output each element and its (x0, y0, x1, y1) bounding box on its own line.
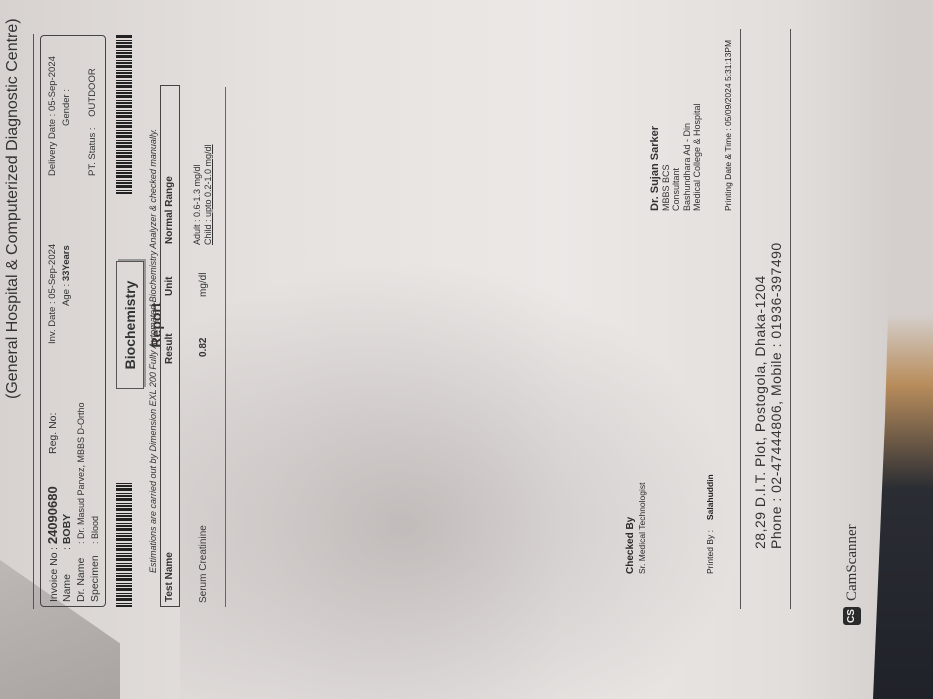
specimen: Blood (90, 516, 100, 539)
divider (740, 29, 741, 609)
table-row: Serum Creatinine 0.82 mg/dl Adult : 0.6-… (190, 87, 222, 607)
barcode-left (116, 482, 132, 607)
age: 33Years (61, 245, 72, 281)
delivery-row: Delivery Date : 05-Sep-2024 (47, 56, 58, 176)
col-normal-range: Normal Range (164, 176, 175, 244)
divider (33, 34, 34, 609)
barcode-right (116, 34, 132, 194)
col-unit: Unit (164, 277, 175, 296)
divider (225, 87, 226, 607)
estimation-note: Estimations are carried out by Dimension… (148, 129, 158, 573)
hospital-subtitle: (General Hospital & Computerized Diagnos… (4, 18, 22, 399)
background-edge (873, 0, 933, 699)
col-result: Result (164, 333, 175, 364)
doctor-name: Dr. Masud Parvez, MBBS D-Ortho (76, 402, 86, 539)
gender-row: Gender : (61, 89, 72, 126)
checked-role: Sr. Medical Technologist (637, 482, 647, 574)
camscanner-logo-icon: CS (843, 607, 861, 625)
doctor-row: Dr. Name: Dr. Masud Parvez, MBBS D-Ortho (75, 402, 87, 602)
checked-by: Checked By (625, 517, 636, 574)
consultant-signature: Dr. Sujan Sarker MBBS BCS Consultant Bas… (650, 103, 703, 211)
age-row: Age : 33Years (61, 245, 72, 306)
range-child: Child : upto 0.2-1.0 mg/dl (203, 144, 213, 245)
camscanner-watermark: CS CamScanner (843, 524, 861, 625)
unit: mg/dl (198, 273, 209, 297)
col-test-name: Test Name (164, 552, 175, 602)
range-adult: Adult : 0.6-1.3 mg/dl (192, 164, 202, 245)
consultant-name: Dr. Sujan Sarker (650, 103, 661, 211)
specimen-row: Specimen: Blood (89, 516, 101, 602)
test-name: Serum Creatinine (198, 525, 209, 603)
patient-info-box: Invoice No: 24090680 Name: BOBY Dr. Name… (40, 35, 106, 607)
inv-date: 05-Sep-2024 (47, 244, 58, 299)
report-page: (General Hospital & Computerized Diagnos… (0, 0, 830, 699)
result: 0.82 (198, 338, 209, 357)
divider (790, 29, 791, 609)
printed-by: Printed By :Salahuddin (705, 474, 715, 574)
status-row: PT. Status : OUTDOOR (87, 68, 98, 176)
print-time: Printing Date & Time : 05/09/2024 5:31:1… (723, 40, 733, 211)
footer-address: 28,29 D.I.T. Plot, Postogola, Dhaka-1204… (752, 242, 784, 549)
name-row: Name: BOBY (61, 514, 73, 602)
table-header: Test Name Result Unit Normal Range (160, 85, 180, 607)
report-title: Biochemistry Report (116, 261, 144, 389)
reg-no: Reg. No: (47, 413, 59, 454)
invoice-row: Invoice No: 24090680 (45, 486, 60, 602)
pt-status: OUTDOOR (87, 68, 98, 117)
inv-date-row: Inv. Date : 05-Sep-2024 (47, 244, 58, 344)
patient-name: BOBY (61, 514, 73, 544)
invoice-no: 24090680 (45, 486, 60, 544)
delivery-date: 05-Sep-2024 (47, 56, 58, 111)
